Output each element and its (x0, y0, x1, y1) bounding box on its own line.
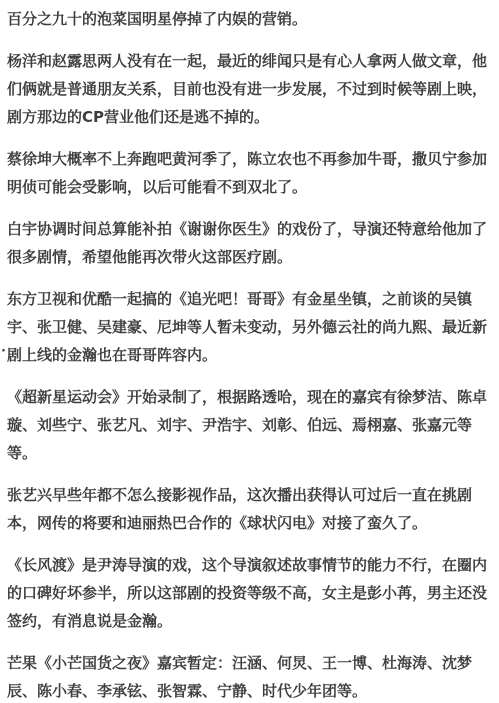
text-line: 《长风渡》是尹涛导演的戏，这个导演叙述故事情节的能力不行，在圈内 (7, 551, 492, 579)
text-line: 签约，有消息说是金瀚。 (7, 607, 492, 635)
text-line: 剧方那边的CP营业他们还是逃不掉的。 (7, 103, 492, 131)
text-line: 宇、张卫健、吴建豪、尼坤等人暂未变动，另外德云社的尚九熙、最近新 (7, 313, 492, 341)
paragraph-3: 蔡徐坤大概率不上奔跑吧黄河季了，陈立农也不再参加牛哥，撒贝宁参加明侦可能会受影响… (7, 145, 492, 201)
stray-dot-mark: · (1, 345, 6, 358)
article-page: · 百分之九十的泡菜国明星停掉了内娱的营销。杨洋和赵露思两人没有在一起，最近的绯… (0, 0, 499, 703)
text-line: 蔡徐坤大概率不上奔跑吧黄河季了，陈立农也不再参加牛哥，撒贝宁参加 (7, 145, 492, 173)
text-line: 杨洋和赵露思两人没有在一起，最近的绯闻只是有心人拿两人做文章，他 (7, 47, 492, 75)
paragraph-4: 白宇协调时间总算能补拍《谢谢你医生》的戏份了，导演还特意给他加了很多剧情，希望他… (7, 215, 492, 271)
text-line: 百分之九十的泡菜国明星停掉了内娱的营销。 (7, 5, 492, 33)
text-line: 璇、刘些宁、张艺凡、刘宇、尹浩宇、刘彰、伯远、焉栩嘉、张嘉元等 (7, 411, 492, 439)
text-line: 等。 (7, 439, 492, 467)
text-line: 《超新星运动会》开始录制了，根据路透哈，现在的嘉宾有徐梦洁、陈卓 (7, 383, 492, 411)
text-line: 明侦可能会受影响，以后可能看不到双北了。 (7, 173, 492, 201)
paragraph-6: 《超新星运动会》开始录制了，根据路透哈，现在的嘉宾有徐梦洁、陈卓璇、刘些宁、张艺… (7, 383, 492, 467)
article-body: 百分之九十的泡菜国明星停掉了内娱的营销。杨洋和赵露思两人没有在一起，最近的绯闻只… (7, 5, 492, 703)
text-line: 辰、陈小春、李承铉、张智霖、宁静、时代少年团等。 (7, 677, 492, 703)
text-line: 很多剧情，希望他能再次带火这部医疗剧。 (7, 243, 492, 271)
text-line: 的口碑好坏参半，所以这部剧的投资等级不高，女主是彭小苒，男主还没 (7, 579, 492, 607)
paragraph-1: 百分之九十的泡菜国明星停掉了内娱的营销。 (7, 5, 492, 33)
text-line: 张艺兴早些年都不怎么接影视作品，这次播出获得认可过后一直在挑剧 (7, 481, 492, 509)
text-line: 剧上线的金瀚也在哥哥阵容内。 (7, 341, 492, 369)
text-line: 芒果《小芒国货之夜》嘉宾暂定：汪涵、何炅、王一博、杜海涛、沈梦 (7, 649, 492, 677)
paragraph-2: 杨洋和赵露思两人没有在一起，最近的绯闻只是有心人拿两人做文章，他们俩就是普通朋友… (7, 47, 492, 131)
text-line: 东方卫视和优酷一起搞的《追光吧！哥哥》有金星坐镇，之前谈的吴镇 (7, 285, 492, 313)
paragraph-8: 《长风渡》是尹涛导演的戏，这个导演叙述故事情节的能力不行，在圈内的口碑好坏参半，… (7, 551, 492, 635)
paragraph-9: 芒果《小芒国货之夜》嘉宾暂定：汪涵、何炅、王一博、杜海涛、沈梦辰、陈小春、李承铉… (7, 649, 492, 703)
paragraph-5: 东方卫视和优酷一起搞的《追光吧！哥哥》有金星坐镇，之前谈的吴镇宇、张卫健、吴建豪… (7, 285, 492, 369)
paragraph-7: 张艺兴早些年都不怎么接影视作品，这次播出获得认可过后一直在挑剧本，网传的将要和迪… (7, 481, 492, 537)
text-line: 本，网传的将要和迪丽热巴合作的《球状闪电》对接了蛮久了。 (7, 509, 492, 537)
text-line: 白宇协调时间总算能补拍《谢谢你医生》的戏份了，导演还特意给他加了 (7, 215, 492, 243)
text-line: 们俩就是普通朋友关系，目前也没有进一步发展，不过到时候等剧上映， (7, 75, 492, 103)
